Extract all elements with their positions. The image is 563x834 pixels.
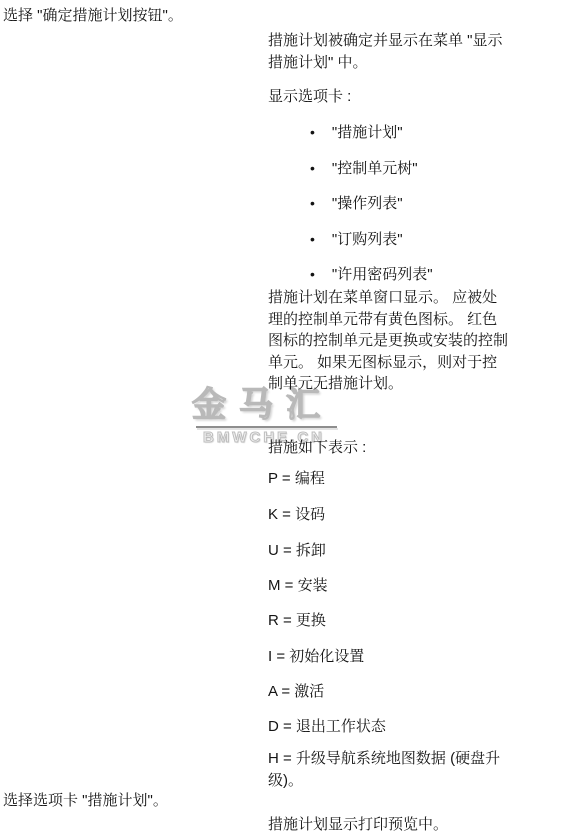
manual-page: 金马汇 BMWCHE.CN 选择 "确定措施计划按钮"。 选择选项卡 "措施计划… (0, 0, 563, 834)
bullet-icon: • (310, 122, 315, 144)
action-code-m: M = 安装 (268, 575, 328, 597)
action-code-p: P = 编程 (268, 468, 325, 490)
action-code-i: I = 初始化设置 (268, 646, 364, 668)
text-line: 措施计划在菜单窗口显示。 应被处 (268, 287, 508, 309)
bullet-item-action-plan: •"措施计划" (310, 122, 403, 144)
text-line: 图标的控制单元是更换或安装的控制 (268, 330, 508, 352)
instruction-step-2: 选择选项卡 "措施计划"。 (3, 790, 168, 812)
text-line: 措施计划被确定并显示在菜单 "显示 (268, 30, 503, 52)
action-code-k: K = 设码 (268, 504, 325, 526)
closing-note: 措施计划显示打印预览中。 (268, 814, 448, 834)
text-line: 理的控制单元带有黄色图标。 红色 (268, 309, 508, 331)
watermark-underline (196, 426, 337, 428)
bullet-label: "控制单元树" (332, 160, 418, 177)
bullet-icon: • (310, 193, 315, 215)
text-line: 制单元无措施计划。 (268, 373, 508, 395)
action-code-d: D = 退出工作状态 (268, 716, 386, 738)
action-code-a: A = 激活 (268, 681, 324, 703)
bullet-icon: • (310, 158, 315, 180)
text-line: 单元。 如果无图标显示，则对于控 (268, 352, 508, 374)
bullet-icon: • (310, 264, 315, 286)
bullet-item-enable-code-list: •"许用密码列表" (310, 264, 433, 286)
bullet-label: "操作列表" (332, 195, 403, 212)
paragraph-action-plan-details: 措施计划在菜单窗口显示。 应被处 理的控制单元带有黄色图标。 红色 图标的控制单… (268, 287, 508, 395)
paragraph-confirmation: 措施计划被确定并显示在菜单 "显示 措施计划" 中。 (268, 30, 503, 73)
action-code-h: H = 升级导航系统地图数据 (硬盘升 级)。 (268, 748, 500, 791)
instruction-step-1: 选择 "确定措施计划按钮"。 (3, 5, 183, 27)
actions-intro: 措施如下表示 : (268, 437, 366, 459)
action-code-u: U = 拆卸 (268, 540, 326, 562)
bullet-item-order-list: •"订购列表" (310, 229, 403, 251)
bullet-label: "措施计划" (332, 124, 403, 141)
bullet-item-operation-list: •"操作列表" (310, 193, 403, 215)
bullet-label: "许用密码列表" (332, 266, 433, 283)
action-code-r: R = 更换 (268, 610, 326, 632)
text-line: 措施计划" 中。 (268, 52, 503, 74)
bullet-icon: • (310, 229, 315, 251)
text-line: 级)。 (268, 770, 500, 792)
tabs-intro: 显示选项卡 : (268, 86, 351, 108)
bullet-label: "订购列表" (332, 231, 403, 248)
bullet-item-control-unit-tree: •"控制单元树" (310, 158, 418, 180)
text-line: H = 升级导航系统地图数据 (硬盘升 (268, 748, 500, 770)
